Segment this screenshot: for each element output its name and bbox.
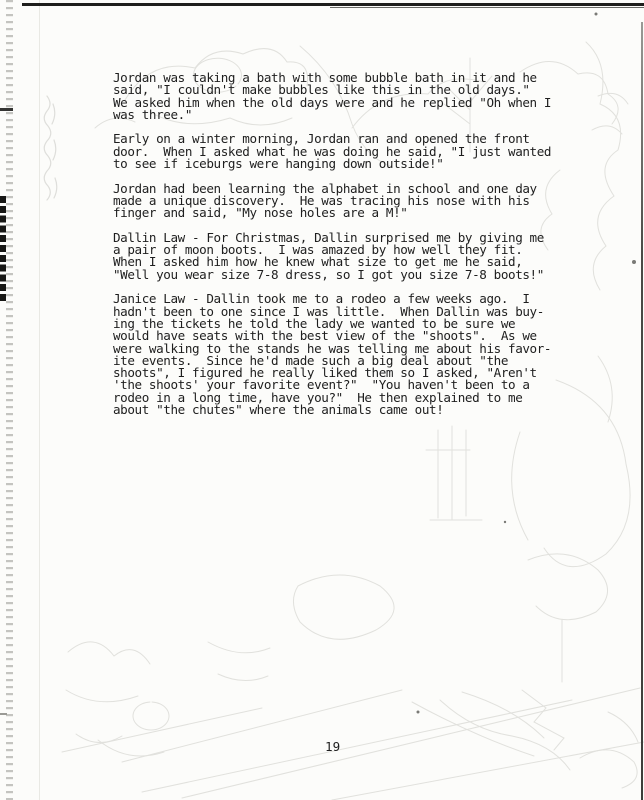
binding-perforation [6,0,13,800]
paragraph-bubble-bath: Jordan was taking a bath with some bubbl… [113,72,593,121]
paragraph-icebergs: Early on a winter morning, Jordan ran an… [113,133,593,170]
page-number: 19 [325,741,340,753]
paragraph-moon-boots: Dallin Law - For Christmas, Dallin surpr… [113,232,593,281]
typed-text-block: Jordan was taking a bath with some bubbl… [113,72,593,429]
page-edge-right-line [641,22,643,800]
scan-edge-top-line-secondary [330,7,644,8]
margin-dash-dark [0,108,13,111]
scan-edge-top-line [22,3,644,6]
margin-dash-gray [0,713,7,715]
clipped-margin-text [0,196,6,304]
page-left-margin-line [39,0,40,800]
paragraph-nose-holes: Jordan had been learning the alphabet in… [113,183,593,220]
paragraph-rodeo: Janice Law - Dallin took me to a rodeo a… [113,293,593,416]
